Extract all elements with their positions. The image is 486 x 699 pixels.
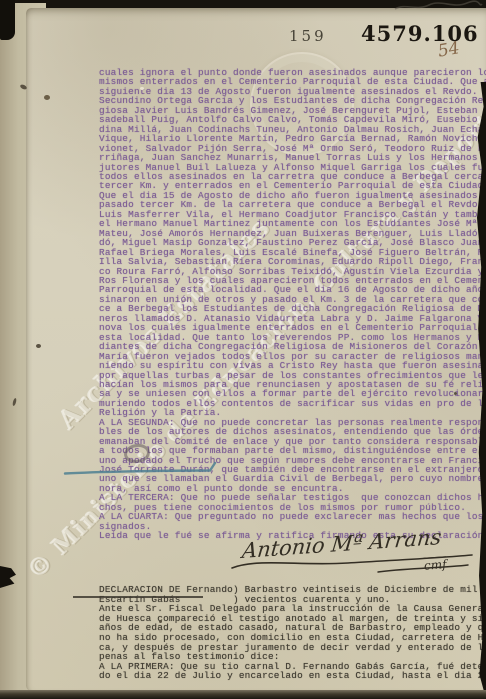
handwritten-signature: Antonio Mª Arrans cmf xyxy=(228,528,480,584)
bottom-edge-shadow xyxy=(0,690,486,699)
handwritten-folio-number: 54 xyxy=(436,38,461,61)
paper-speck xyxy=(44,95,50,100)
declaration-typewritten-text: DECLARACION DE Fernando) Barbastro veint… xyxy=(99,585,486,681)
signature-flourish xyxy=(228,528,480,584)
document-page: Archivos Estatales © Ministerio de Educa… xyxy=(26,8,486,691)
paper-speck xyxy=(140,87,144,90)
paper-speck xyxy=(454,392,457,395)
blue-pencil-underline xyxy=(62,460,222,480)
page-number: 159 xyxy=(289,27,327,45)
pencil-scribble-icon xyxy=(393,0,483,13)
paper-speck xyxy=(36,344,41,348)
paper-speck xyxy=(159,620,162,623)
typed-name-underline xyxy=(73,596,203,598)
scanned-document-photo: Archivos Estatales © Ministerio de Educa… xyxy=(0,0,486,699)
stamp-number: 4579.106 xyxy=(361,21,479,46)
background-corner-top-left xyxy=(0,0,15,40)
